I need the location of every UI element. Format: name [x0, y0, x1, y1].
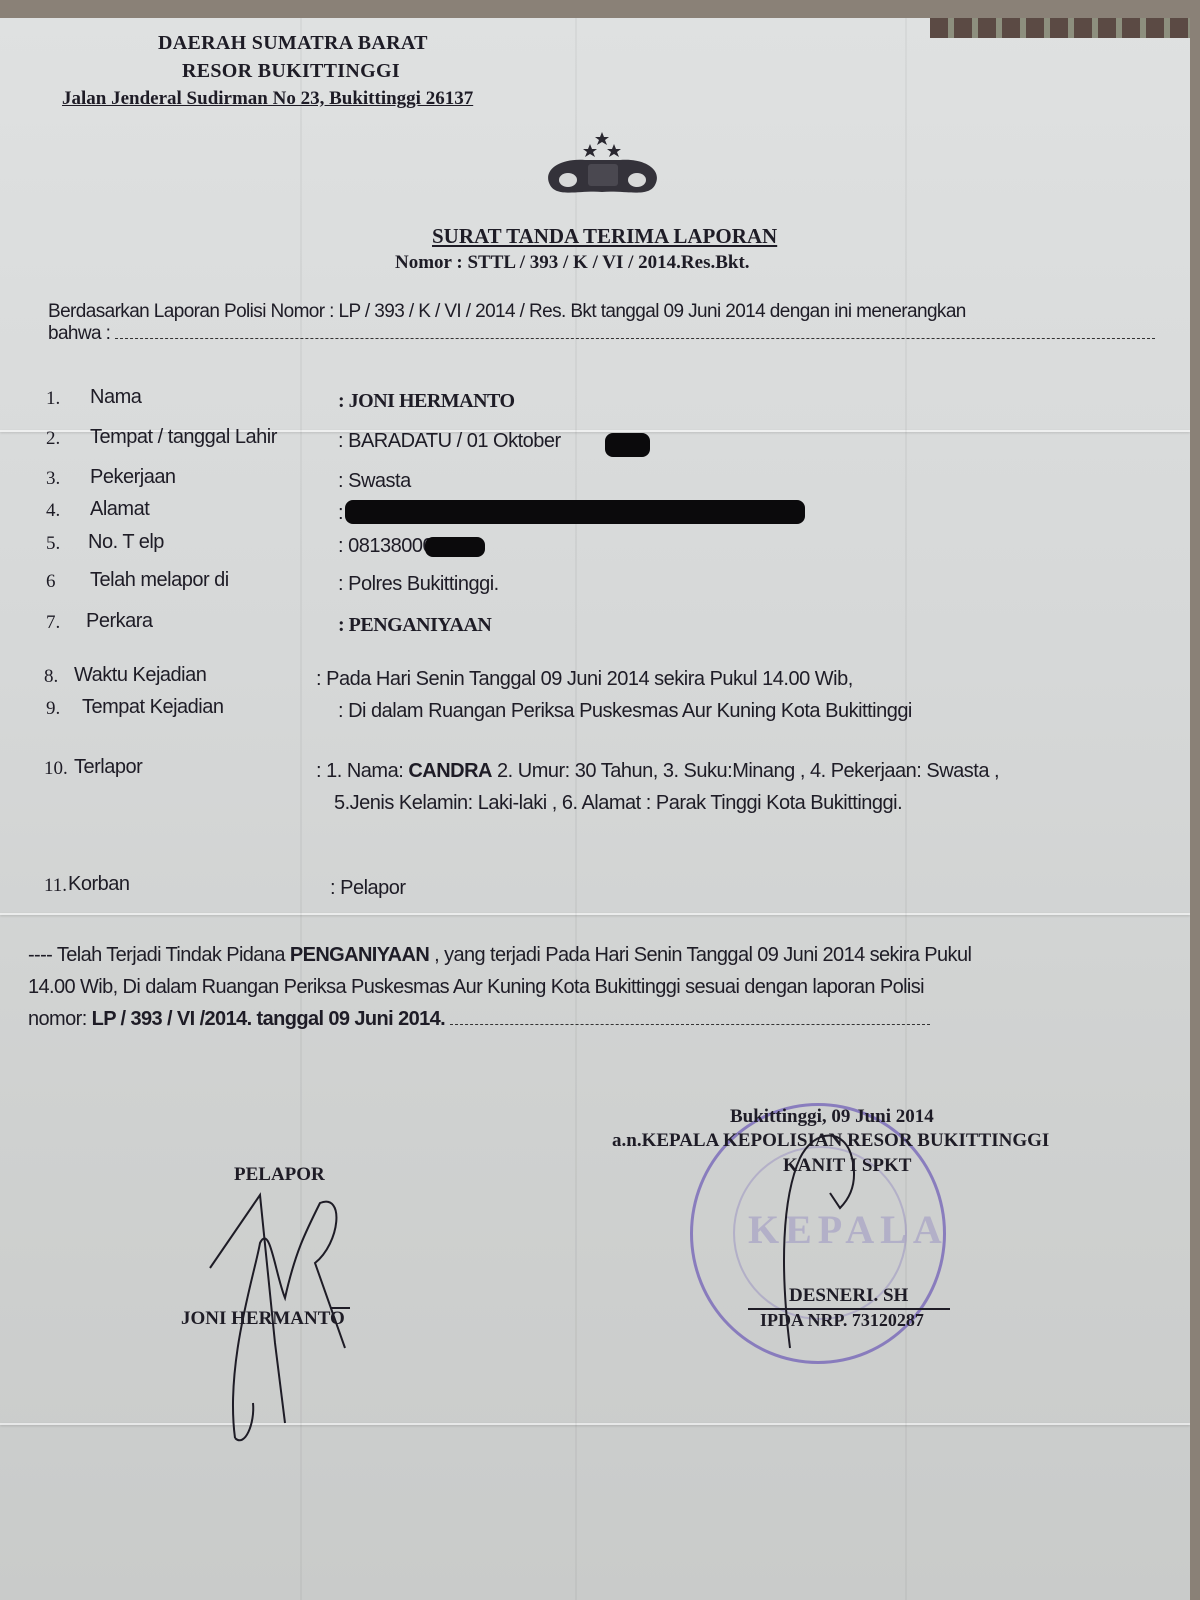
- field-number: 9.: [46, 698, 60, 720]
- field-value: : BARADATU / 01 Oktober: [338, 430, 561, 453]
- field-number: 5.: [46, 533, 60, 555]
- field-value: :: [338, 502, 343, 525]
- header-resort: RESOR BUKITTINGGI: [182, 60, 400, 83]
- field-label: Korban: [68, 873, 130, 896]
- statement-line-1: ---- Telah Terjadi Tindak Pidana PENGANI…: [28, 944, 971, 967]
- field-label: Terlapor: [74, 756, 142, 779]
- redaction-mark: [425, 537, 485, 557]
- field-number: 3.: [46, 468, 60, 490]
- field-number: 11.: [44, 875, 67, 897]
- field-number: 2.: [46, 428, 60, 450]
- statement-ref: LP / 393 / VI /2014. tanggal 09 Juni 201…: [92, 1008, 446, 1030]
- field-number: 4.: [46, 500, 60, 522]
- field-number: 1.: [46, 388, 60, 410]
- police-emblem-icon: [540, 130, 665, 205]
- redaction-mark: [605, 433, 650, 457]
- redaction-mark: [345, 500, 805, 524]
- field-value: : 1. Nama: CANDRA 2. Umur: 30 Tahun, 3. …: [316, 760, 999, 783]
- field-label: Pekerjaan: [90, 466, 176, 489]
- field-label: Telah melapor di: [90, 569, 229, 592]
- field-value: : Swasta: [338, 470, 411, 493]
- reporter-signature-icon: [205, 1183, 375, 1448]
- dashed-line: [450, 1014, 930, 1025]
- field-value: : JONI HERMANTO: [338, 390, 515, 413]
- field-label: No. T elp: [88, 531, 164, 554]
- statement-text: nomor:: [28, 1008, 92, 1030]
- fold-line: [905, 18, 907, 1600]
- field-label: Alamat: [90, 498, 149, 521]
- field-value: : Di dalam Ruangan Periksa Puskesmas Aur…: [338, 700, 912, 723]
- document-number: Nomor : STTL / 393 / K / VI / 2014.Res.B…: [395, 252, 750, 274]
- field-label: Tempat / tanggal Lahir: [90, 426, 277, 449]
- field-number: 6: [46, 571, 56, 593]
- field-value: : Polres Bukittinggi.: [338, 573, 499, 596]
- official-signature-icon: [770, 1118, 880, 1363]
- intro-line: Berdasarkan Laporan Polisi Nomor : LP / …: [48, 301, 966, 323]
- header-address: Jalan Jenderal Sudirman No 23, Bukitting…: [62, 88, 473, 110]
- field-value-continued: 5.Jenis Kelamin: Laki-laki , 6. Alamat :…: [334, 792, 902, 815]
- field-number: 10.: [44, 758, 68, 780]
- field-label: Nama: [90, 386, 141, 409]
- field-number: 7.: [46, 612, 60, 634]
- statement-crime: PENGANIYAAN: [290, 944, 429, 966]
- statement-text: , yang terjadi Pada Hari Senin Tanggal 0…: [429, 944, 971, 966]
- statement-line-2: 14.00 Wib, Di dalam Ruangan Periksa Pusk…: [28, 976, 924, 999]
- fold-line: [0, 913, 1190, 915]
- document-title: SURAT TANDA TERIMA LAPORAN: [432, 224, 777, 249]
- background-fabric: [930, 18, 1190, 38]
- field-label: Waktu Kejadian: [74, 664, 206, 687]
- field-label: Tempat Kejadian: [82, 696, 223, 719]
- statement-line-3: nomor: LP / 393 / VI /2014. tanggal 09 J…: [28, 1008, 930, 1031]
- field-value: : 08138000: [338, 535, 433, 558]
- field-number: 8.: [44, 666, 58, 688]
- field-value: : Pada Hari Senin Tanggal 09 Juni 2014 s…: [316, 668, 853, 691]
- field-value: : PENGANIYAAN: [338, 614, 491, 637]
- statement-text: ---- Telah Terjadi Tindak Pidana: [28, 944, 290, 966]
- document-paper: DAERAH SUMATRA BARAT RESOR BUKITTINGGI J…: [0, 18, 1190, 1600]
- field-label: Perkara: [86, 610, 153, 633]
- intro-line-2: bahwa :: [48, 323, 1155, 345]
- dashed-line: [115, 328, 1155, 339]
- header-region: DAERAH SUMATRA BARAT: [158, 32, 428, 55]
- intro-bahwa: bahwa :: [48, 323, 110, 344]
- fold-line: [0, 1423, 1190, 1425]
- field-value: : Pelapor: [330, 877, 406, 900]
